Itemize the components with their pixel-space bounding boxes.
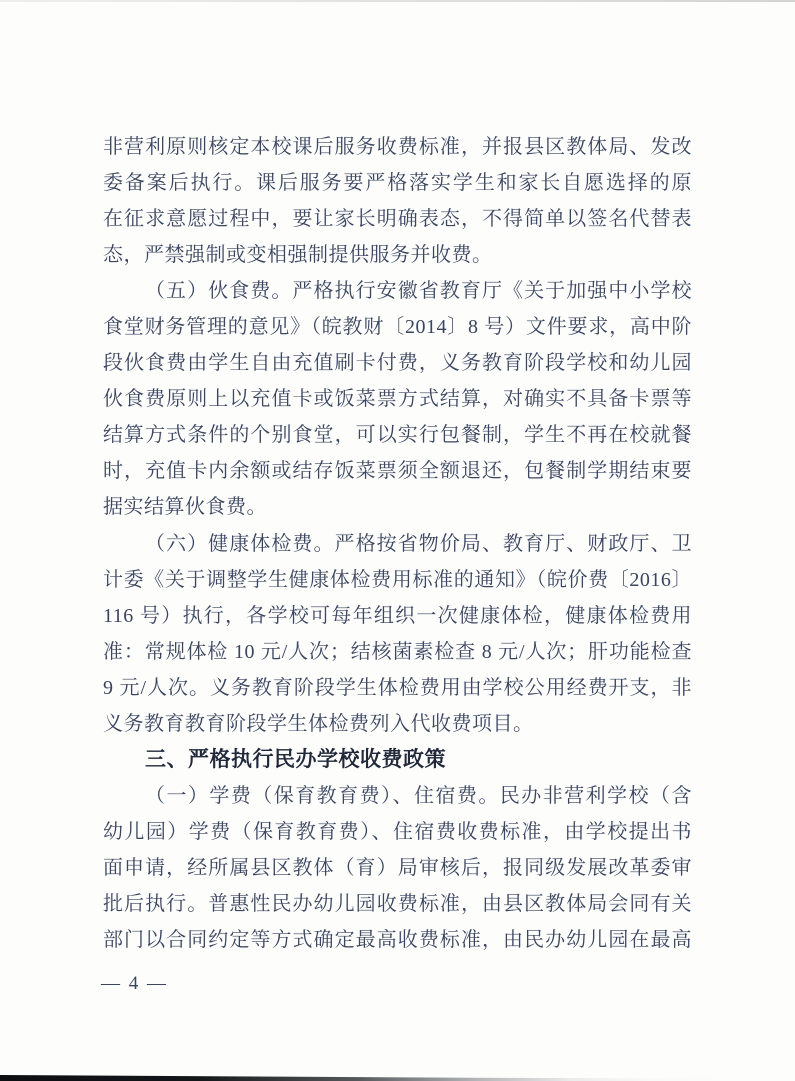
text-line: 食堂财务管理的意见》（皖教财〔2014〕8 号）文件要求，高中阶 (103, 309, 692, 345)
text-line: 部门以合同约定等方式确定最高收费标准，由民办幼儿园在最高 (103, 922, 692, 958)
text-line: （五）伙食费。严格执行安徽省教育厅《关于加强中小学校 (103, 273, 692, 309)
text-line: 据实结算伙食费。 (103, 489, 692, 525)
text-line: 态，严禁强制或变相强制提供服务并收费。 (103, 237, 692, 273)
text-line: 9 元/人次。义务教育阶段学生体检费用由学校公用经费开支，非 (103, 670, 692, 706)
text-line: 时，充值卡内余额或结存饭菜票须全额退还，包餐制学期结束要 (103, 453, 692, 489)
text-line: 准：常规体检 10 元/人次；结核菌素检查 8 元/人次；肝功能检查 (103, 634, 692, 670)
text-line: 段伙食费由学生自由充值刷卡付费，义务教育阶段学校和幼儿园 (103, 345, 692, 381)
text-line: 义务教育教育阶段学生体检费列入代收费项目。 (103, 706, 692, 742)
text-line: 伙食费原则上以充值卡或饭菜票方式结算，对确实不具备卡票等 (103, 381, 692, 417)
text-line: 计委《关于调整学生健康体检费用标准的通知》（皖价费〔2016〕 (103, 562, 692, 598)
text-line: （六）健康体检费。严格按省物价局、教育厅、财政厅、卫 (103, 526, 692, 562)
text-line: 委备案后执行。课后服务要严格落实学生和家长自愿选择的原则， (103, 165, 692, 201)
section-heading-line: 三、严格执行民办学校收费政策 (103, 742, 692, 778)
document-page: 非营利原则核定本校课后服务收费标准，并报县区教体局、发改委备案后执行。课后服务要… (0, 0, 795, 1081)
text-line: 非营利原则核定本校课后服务收费标准，并报县区教体局、发改 (103, 129, 692, 165)
page-number: — 4 — (101, 971, 168, 997)
scan-edge-shadow-bottom (0, 1073, 795, 1081)
text-line: 幼儿园）学费（保育教育费）、住宿费收费标准，由学校提出书 (103, 814, 692, 850)
text-line: 在征求意愿过程中，要让家长明确表态，不得简单以签名代替表 (103, 201, 692, 237)
text-line: （一）学费（保育教育费）、住宿费。民办非营利学校（含 (103, 778, 692, 814)
text-line: 116 号）执行，各学校可每年组织一次健康体检，健康体检费用标 (103, 598, 692, 634)
text-line: 面申请，经所属县区教体（育）局审核后，报同级发展改革委审 (103, 850, 692, 886)
text-block: 非营利原则核定本校课后服务收费标准，并报县区教体局、发改委备案后执行。课后服务要… (103, 129, 692, 958)
scan-edge-line-top (0, 0, 795, 2)
text-line: 批后执行。普惠性民办幼儿园收费标准，由县区教体局会同有关 (103, 886, 692, 922)
text-line: 结算方式条件的个别食堂，可以实行包餐制，学生不再在校就餐 (103, 417, 692, 453)
